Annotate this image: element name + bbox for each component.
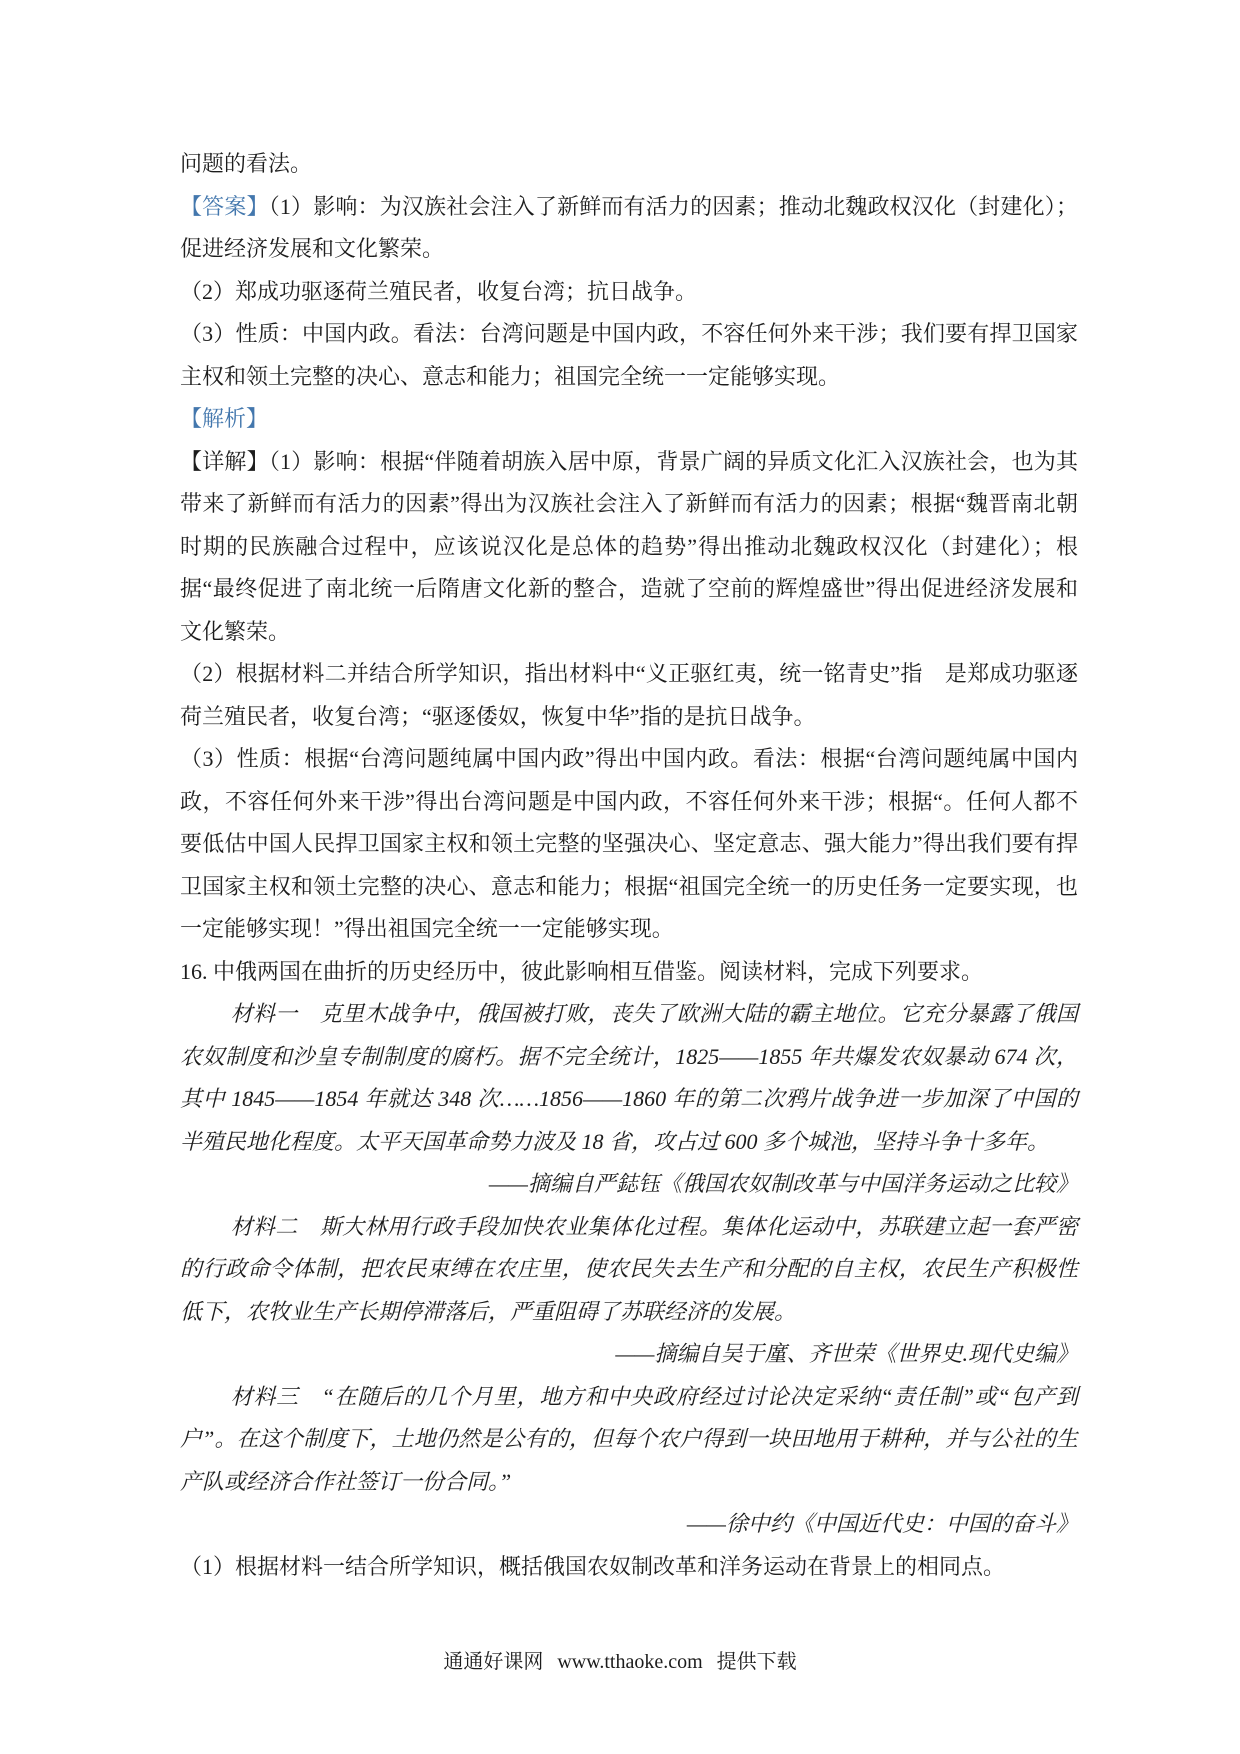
material-1-text: 材料一 克里木战争中，俄国被打败，丧失了欧洲大陆的霸主地位。它充分暴露了俄国农奴… xyxy=(180,993,1078,1163)
continuation-line: 问题的看法。 xyxy=(180,143,1078,186)
analysis-tag: 【解析】 xyxy=(180,406,268,431)
material-2-source: ——摘编自吴于廑、齐世荣《世界史.现代史编》 xyxy=(180,1333,1078,1376)
analysis-paragraph: 【解析】 xyxy=(180,398,1078,441)
material-1-source: ——摘编自严鋕钰《俄国农奴制改革与中国洋务运动之比较》 xyxy=(180,1163,1078,1206)
footer-suffix: 提供下载 xyxy=(717,1651,797,1673)
detail-point-1: （1）影响：根据“伴随着胡族入居中原，背景广阔的异质文化汇入汉族社会，也为其带来… xyxy=(180,449,1078,644)
detail-point-3: （3）性质：根据“台湾问题纯属中国内政”得出中国内政。看法：根据“台湾问题纯属中… xyxy=(180,738,1078,951)
answer-point-2: （2）郑成功驱逐荷兰殖民者，收复台湾；抗日战争。 xyxy=(180,271,1078,314)
material-3-source: ——徐中约《中国近代史：中国的奋斗》 xyxy=(180,1503,1078,1546)
footer-url: www.tthaoke.com xyxy=(557,1651,702,1673)
material-3-text: 材料三 “在随后的几个月里，地方和中央政府经过讨论决定采纳“责任制”或“包产到户… xyxy=(180,1376,1078,1504)
document-content: 问题的看法。 【答案】（1）影响：为汉族社会注入了新鲜而有活力的因素；推动北魏政… xyxy=(180,143,1078,1588)
document-page: 问题的看法。 【答案】（1）影响：为汉族社会注入了新鲜而有活力的因素；推动北魏政… xyxy=(0,0,1240,1754)
footer-site-name: 通通好课网 xyxy=(443,1651,543,1673)
page-footer: 通通好课网www.tthaoke.com提供下载 xyxy=(0,1645,1240,1674)
answer-paragraph: 【答案】（1）影响：为汉族社会注入了新鲜而有活力的因素；推动北魏政权汉化（封建化… xyxy=(180,186,1078,271)
answer-point-1: （1）影响：为汉族社会注入了新鲜而有活力的因素；推动北魏政权汉化（封建化）；促进… xyxy=(180,194,1078,262)
detail-tag: 【详解】 xyxy=(180,449,269,474)
material-2-text: 材料二 斯大林用行政手段加快农业集体化过程。集体化运动中，苏联建立起一套严密的行… xyxy=(180,1206,1078,1334)
detail-point-2: （2）根据材料二并结合所学知识，指出材料中“义正驱红夷，统一铭青史”指 是郑成功… xyxy=(180,653,1078,738)
answer-tag: 【答案】 xyxy=(180,194,269,219)
answer-point-3: （3）性质：中国内政。看法：台湾问题是中国内政，不容任何外来干涉；我们要有捍卫国… xyxy=(180,313,1078,398)
detail-paragraph: 【详解】（1）影响：根据“伴随着胡族入居中原，背景广阔的异质文化汇入汉族社会，也… xyxy=(180,441,1078,654)
question-16-sub-1: （1）根据材料一结合所学知识，概括俄国农奴制改革和洋务运动在背景上的相同点。 xyxy=(180,1546,1078,1589)
question-16-intro: 16. 中俄两国在曲折的历史经历中，彼此影响相互借鉴。阅读材料，完成下列要求。 xyxy=(180,951,1078,994)
